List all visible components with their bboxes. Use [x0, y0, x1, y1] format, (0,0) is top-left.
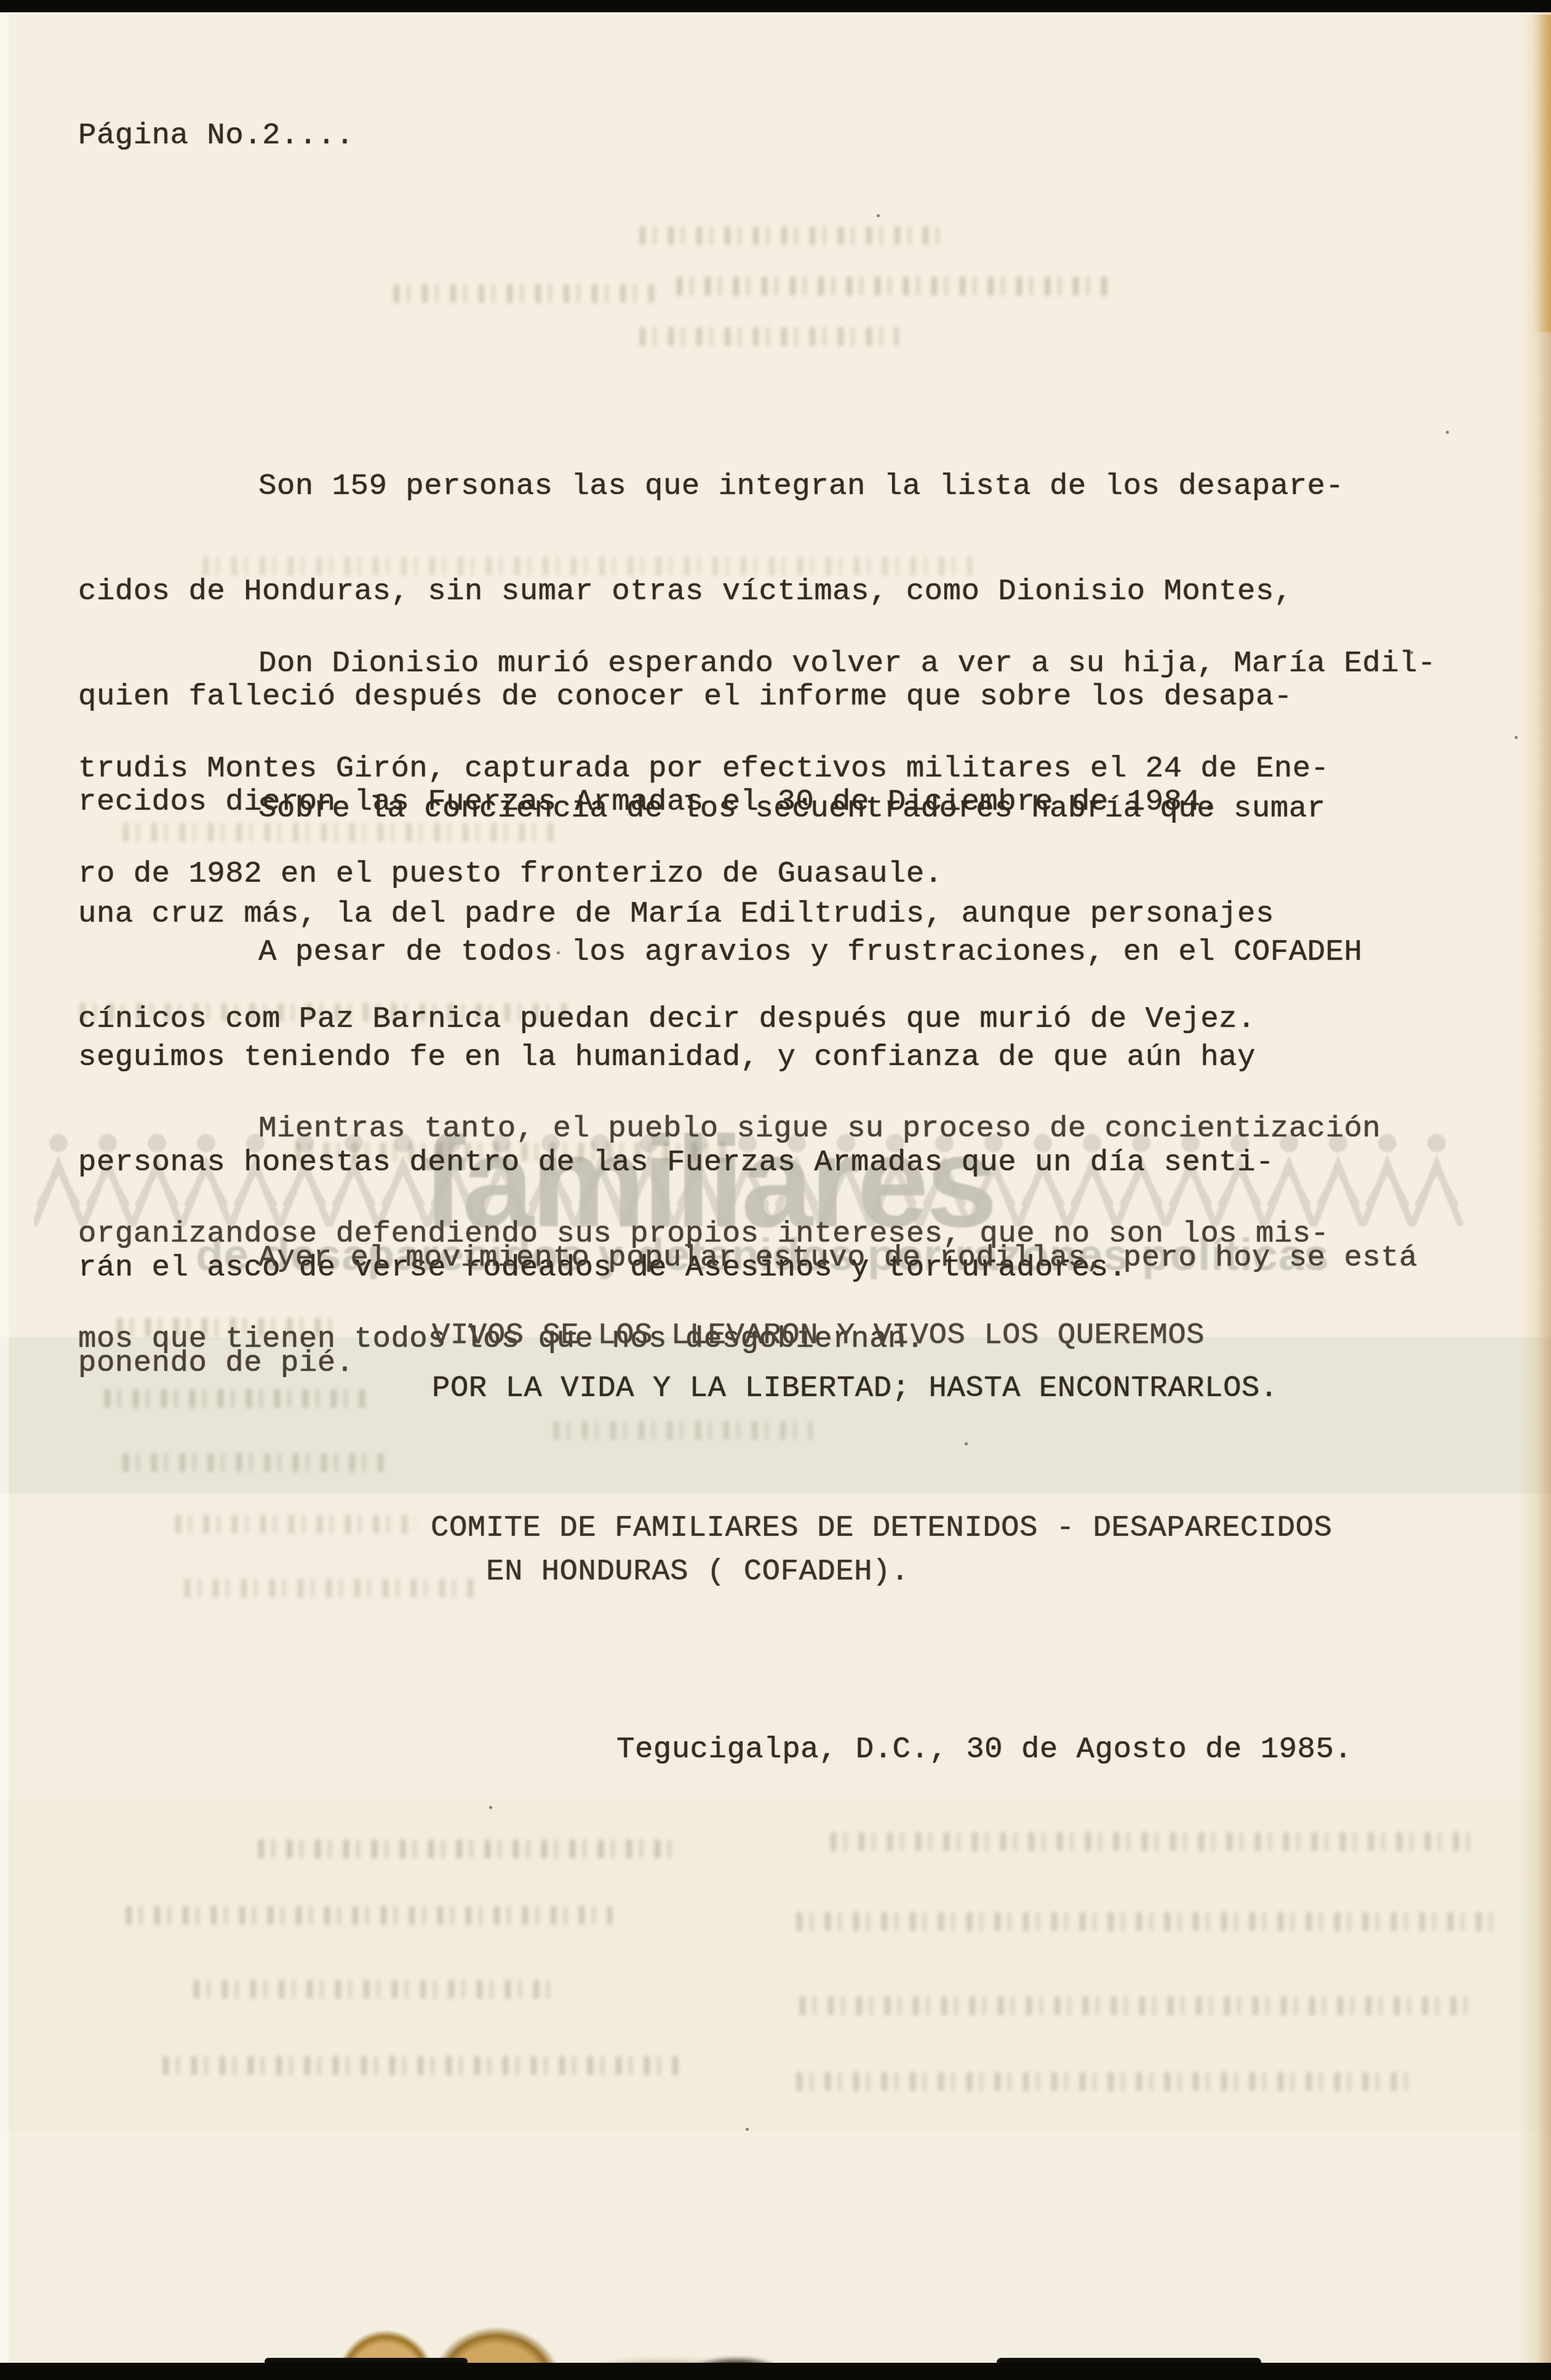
paper-edge-right [1519, 0, 1551, 2380]
ink-speck [1515, 736, 1518, 739]
ink-speck [1446, 431, 1449, 434]
ghost-smudge [126, 1906, 612, 1925]
body-line: Mientras tanto, el pueblo sigue su proce… [78, 1111, 1407, 1146]
paper-edge-left [0, 12, 9, 2363]
body-line: A pesar de todos los agravios y frustrac… [78, 935, 1407, 970]
ink-speck [877, 214, 880, 217]
ghost-smudge [258, 1840, 677, 1858]
scanned-document-page: familiares de desaparecidos y detenidos … [0, 0, 1551, 2380]
ghost-smudge [185, 1579, 474, 1597]
ink-speck [746, 2128, 749, 2131]
slogan-line-1: VIVOS SE LOS LLEVARON Y VIVOS LOS QUEREM… [432, 1318, 1205, 1353]
ghost-smudge [797, 1912, 1498, 1931]
ghost-smudge [194, 1980, 551, 1999]
body-line: Son 159 personas las que integran la lis… [78, 469, 1407, 504]
slogan-line-2: POR LA VIDA Y LA LIBERTAD; HASTA ENCONTR… [432, 1371, 1278, 1406]
ink-speck [489, 1806, 492, 1809]
dateline: Tegucigalpa, D.C., 30 de Agosto de 1985. [616, 1732, 1352, 1767]
ghost-smudge [163, 2056, 680, 2075]
ghost-smudge [640, 226, 947, 245]
paper-tone-band [0, 1800, 1551, 2132]
scan-edge-bottom [0, 2363, 1551, 2380]
ghost-smudge [677, 277, 1107, 295]
scan-edge-top [0, 0, 1551, 12]
paper-edge-right [1533, 12, 1551, 332]
ghost-smudge [123, 1453, 388, 1472]
ghost-smudge [175, 1515, 415, 1533]
ghost-smudge [394, 284, 658, 303]
ghost-smudge [797, 2072, 1418, 2091]
body-line: Sobre la conciencia de los secuentradore… [78, 791, 1407, 826]
body-line: Ayer el movimiento popular estuvo de rod… [78, 1240, 1407, 1276]
body-line: Don Dionisio murió esperando volver a ve… [78, 646, 1407, 681]
page-number: Página No.2.... [78, 118, 354, 153]
committee-line-2: EN HONDURAS ( COFADEH). [486, 1554, 909, 1589]
ghost-smudge [831, 1832, 1470, 1851]
ghost-smudge [640, 327, 898, 346]
paragraph-6: Ayer el movimiento popular estuvo de rod… [78, 1170, 1407, 1451]
committee-line-1: COMITE DE FAMILIARES DE DETENIDOS - DESA… [431, 1511, 1332, 1546]
scan-edge-top-highlight [0, 12, 1551, 15]
ghost-smudge [800, 1997, 1470, 2015]
